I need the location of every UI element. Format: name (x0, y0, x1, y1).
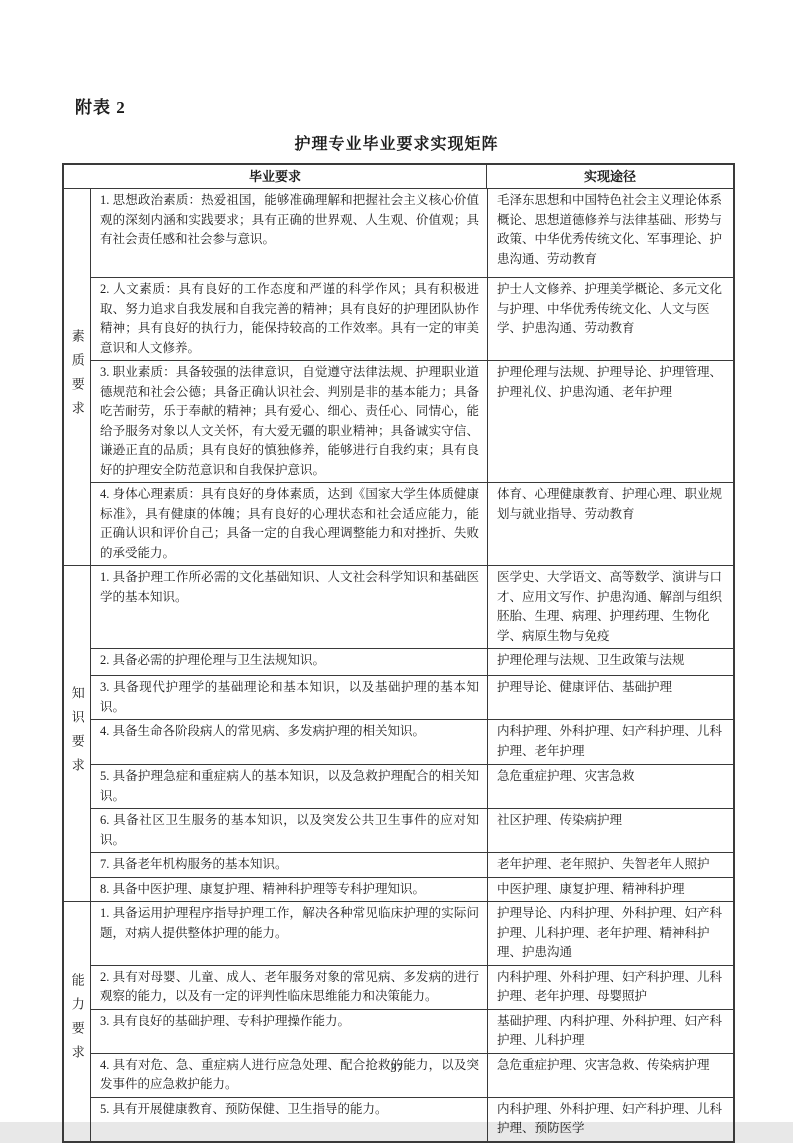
requirement-cell: 2. 人文素质：具有良好的工作态度和严谨的科学作风；具有积极进取、努力追求自我发… (91, 278, 488, 360)
requirements-matrix-table: 毕业要求 实现途径 素质要求 1. 思想政治素质：热爱祖国，能够准确理解和把握社… (62, 163, 735, 1143)
path-cell: 护理伦理与法规、护理导论、护理管理、护理礼仪、护患沟通、老年护理 (488, 361, 733, 482)
table-row: 8. 具备中医护理、康复护理、精神科护理等专科护理知识。 中医护理、康复护理、精… (91, 878, 733, 902)
path-cell: 护理导论、健康评估、基础护理 (488, 676, 733, 719)
requirement-cell: 1. 具备护理工作所必需的文化基础知识、人文社会科学知识和基础医学的基本知识。 (91, 566, 488, 648)
requirement-cell: 8. 具备中医护理、康复护理、精神科护理等专科护理知识。 (91, 878, 488, 902)
table-row: 3. 职业素质：具备较强的法律意识，自觉遵守法律法规、护理职业道德规范和社会公德… (91, 361, 733, 483)
requirement-cell: 5. 具备护理急症和重症病人的基本知识，以及急救护理配合的相关知识。 (91, 765, 488, 808)
requirement-cell: 2. 具有对母婴、儿童、成人、老年服务对象的常见病、多发病的进行观察的能力，以及… (91, 966, 488, 1009)
requirement-cell: 2. 具备必需的护理伦理与卫生法规知识。 (91, 649, 488, 675)
table-row: 7. 具备老年机构服务的基本知识。 老年护理、老年照护、失智老年人照护 (91, 853, 733, 878)
table-row: 3. 具备现代护理学的基础理论和基本知识，以及基础护理的基本知识。 护理导论、健… (91, 676, 733, 720)
path-cell: 医学史、大学语文、高等数学、演讲与口才、应用文写作、护患沟通、解剖与组织胚胎、生… (488, 566, 733, 648)
path-cell: 体育、心理健康教育、护理心理、职业规划与就业指导、劳动教育 (488, 483, 733, 565)
column-header-requirements: 毕业要求 (64, 165, 487, 188)
path-cell: 中医护理、康复护理、精神科护理 (488, 878, 733, 902)
requirement-cell: 1. 思想政治素质：热爱祖国，能够准确理解和把握社会主义核心价值观的深刻内涵和实… (91, 189, 488, 277)
requirement-cell: 6. 具备社区卫生服务的基本知识，以及突发公共卫生事件的应对知识。 (91, 809, 488, 852)
table-title: 护理专业毕业要求实现矩阵 (0, 131, 793, 154)
requirement-cell: 4. 身体心理素质：具有良好的身体素质，达到《国家大学生体质健康标准》，具有健康… (91, 483, 488, 565)
requirement-cell: 4. 具备生命各阶段病人的常见病、多发病护理的相关知识。 (91, 720, 488, 764)
requirement-cell: 3. 具备现代护理学的基础理论和基本知识，以及基础护理的基本知识。 (91, 676, 488, 719)
path-cell: 护士人文修养、护理美学概论、多元文化与护理、中华优秀传统文化、人文与医学、护患沟… (488, 278, 733, 360)
group-cell-ability: 能力要求 (64, 902, 91, 1141)
path-cell: 社区护理、传染病护理 (488, 809, 733, 852)
table-row: 4. 具备生命各阶段病人的常见病、多发病护理的相关知识。 内科护理、外科护理、妇… (91, 720, 733, 765)
path-cell: 护理导论、内科护理、外科护理、妇产科护理、儿科护理、老年护理、精神科护理、护患沟… (488, 902, 733, 965)
table-row: 1. 具备运用护理程序指导护理工作，解决各种常见临床护理的实际问题，对病人提供整… (91, 902, 733, 966)
path-cell: 护理伦理与法规、卫生政策与法规 (488, 649, 733, 675)
table-row: 1. 思想政治素质：热爱祖国，能够准确理解和把握社会主义核心价值观的深刻内涵和实… (91, 189, 733, 278)
group-label: 能力要求 (67, 973, 87, 1069)
group-label: 知识要求 (67, 686, 87, 782)
requirement-cell: 5. 具有开展健康教育、预防保健、卫生指导的能力。 (91, 1098, 488, 1141)
section-knowledge: 知识要求 1. 具备护理工作所必需的文化基础知识、人文社会科学知识和基础医学的基… (64, 566, 733, 902)
table-row: 2. 具备必需的护理伦理与卫生法规知识。 护理伦理与法规、卫生政策与法规 (91, 649, 733, 676)
appendix-label: 附表 2 (75, 93, 126, 118)
path-cell: 老年护理、老年照护、失智老年人照护 (488, 853, 733, 877)
section-quality: 素质要求 1. 思想政治素质：热爱祖国，能够准确理解和把握社会主义核心价值观的深… (64, 189, 733, 566)
table-row: 2. 人文素质：具有良好的工作态度和严谨的科学作风；具有积极进取、努力追求自我发… (91, 278, 733, 361)
section-ability: 能力要求 1. 具备运用护理程序指导护理工作，解决各种常见临床护理的实际问题，对… (64, 902, 733, 1141)
requirement-cell: 7. 具备老年机构服务的基本知识。 (91, 853, 488, 877)
path-cell: 内科护理、外科护理、妇产科护理、儿科护理、老年护理 (488, 720, 733, 764)
group-label: 素质要求 (67, 329, 87, 425)
requirement-cell: 3. 具有良好的基础护理、专科护理操作能力。 (91, 1010, 488, 1053)
path-cell: 急危重症护理、灾害急救 (488, 765, 733, 808)
group-cell-quality: 素质要求 (64, 189, 91, 565)
table-row: 6. 具备社区卫生服务的基本知识，以及突发公共卫生事件的应对知识。 社区护理、传… (91, 809, 733, 853)
table-header-row: 毕业要求 实现途径 (64, 165, 733, 189)
group-cell-knowledge: 知识要求 (64, 566, 91, 901)
path-cell: 内科护理、外科护理、妇产科护理、儿科护理、老年护理、母婴照护 (488, 966, 733, 1009)
column-header-paths: 实现途径 (487, 165, 733, 188)
table-row: 4. 身体心理素质：具有良好的身体素质，达到《国家大学生体质健康标准》，具有健康… (91, 483, 733, 565)
table-row: 2. 具有对母婴、儿童、成人、老年服务对象的常见病、多发病的进行观察的能力，以及… (91, 966, 733, 1010)
table-row: 5. 具有开展健康教育、预防保健、卫生指导的能力。 内科护理、外科护理、妇产科护… (91, 1098, 733, 1141)
path-cell: 内科护理、外科护理、妇产科护理、儿科护理、预防医学 (488, 1098, 733, 1141)
table-row: 1. 具备护理工作所必需的文化基础知识、人文社会科学知识和基础医学的基本知识。 … (91, 566, 733, 649)
requirement-cell: 3. 职业素质：具备较强的法律意识，自觉遵守法律法规、护理职业道德规范和社会公德… (91, 361, 488, 482)
path-cell: 毛泽东思想和中国特色社会主义理论体系概论、思想道德修养与法律基础、形势与政策、中… (488, 189, 733, 277)
table-row: 5. 具备护理急症和重症病人的基本知识，以及急救护理配合的相关知识。 急危重症护… (91, 765, 733, 809)
path-cell: 基础护理、内科护理、外科护理、妇产科护理、儿科护理 (488, 1010, 733, 1053)
table-row: 3. 具有良好的基础护理、专科护理操作能力。 基础护理、内科护理、外科护理、妇产… (91, 1010, 733, 1054)
document-page: 附表 2 护理专业毕业要求实现矩阵 毕业要求 实现途径 素质要求 1. 思想政治… (0, 0, 793, 1122)
page-number: 37 (0, 1061, 793, 1076)
requirement-cell: 1. 具备运用护理程序指导护理工作，解决各种常见临床护理的实际问题，对病人提供整… (91, 902, 488, 965)
